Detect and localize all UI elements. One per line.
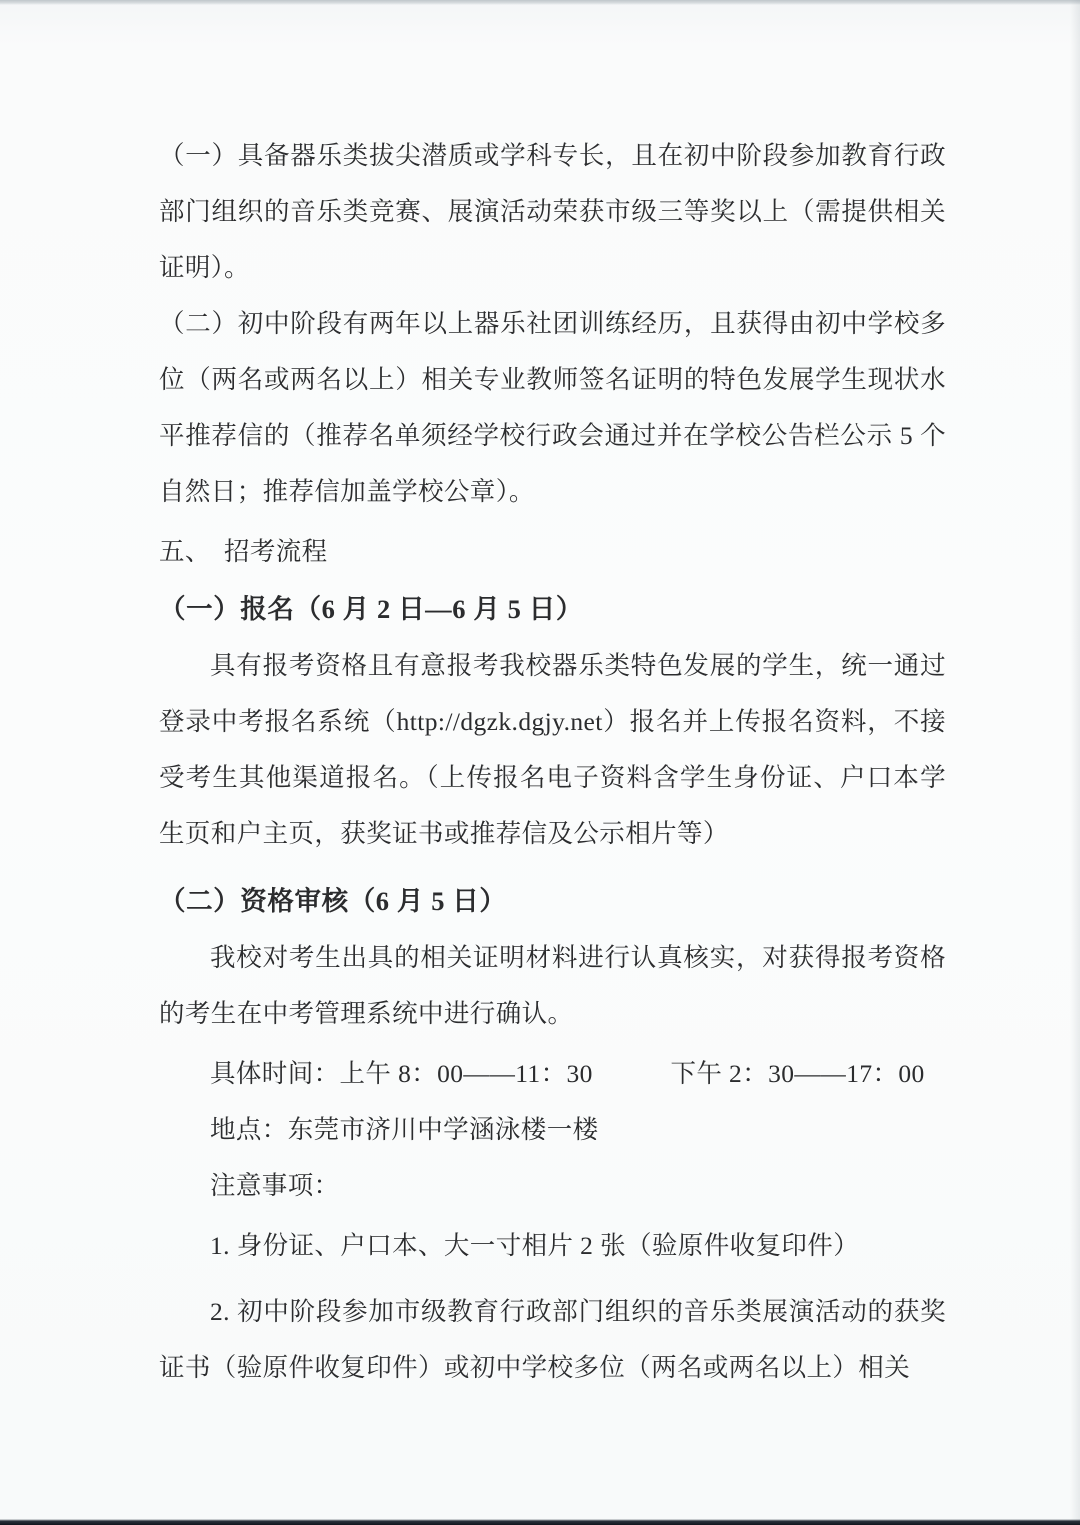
review-location-line: 地点：东莞市济川中学涵泳楼一楼 bbox=[159, 1102, 946, 1158]
scanned-document-page: （一）具备器乐类拔尖潜质或学科专长，且在初中阶段参加教育行政部门组织的音乐类竞赛… bbox=[0, 0, 1080, 1525]
eligibility-clause-1: （一）具备器乐类拔尖潜质或学科专长，且在初中阶段参加教育行政部门组织的音乐类竞赛… bbox=[159, 128, 946, 296]
scan-top-edge bbox=[0, 0, 1080, 5]
scan-right-edge-shadow bbox=[1070, 0, 1080, 1525]
notes-label: 注意事项： bbox=[159, 1158, 946, 1214]
scan-bottom-edge bbox=[0, 1519, 1080, 1525]
section-heading-recruitment-process: 五、 招考流程 bbox=[159, 524, 946, 580]
note-item-1: 1. 身份证、户口本、大一寸相片 2 张（验原件收复印件） bbox=[159, 1218, 946, 1274]
eligibility-clause-2: （二）初中阶段有两年以上器乐社团训练经历，且获得由初中学校多位（两名或两名以上）… bbox=[159, 296, 946, 520]
note-item-2: 2. 初中阶段参加市级教育行政部门组织的音乐类展演活动的获奖证书（验原件收复印件… bbox=[159, 1284, 946, 1396]
document-text-area: （一）具备器乐类拔尖潜质或学科专长，且在初中阶段参加教育行政部门组织的音乐类竞赛… bbox=[159, 128, 946, 1396]
sub-heading-registration: （一）报名（6 月 2 日—6 月 5 日） bbox=[159, 580, 946, 638]
review-time-line: 具体时间：上午 8：00——11：30 下午 2：30——17：00 bbox=[159, 1046, 946, 1102]
sub-heading-qualification-review: （二）资格审核（6 月 5 日） bbox=[159, 872, 946, 930]
qualification-review-paragraph: 我校对考生出具的相关证明材料进行认真核实，对获得报考资格的考生在中考管理系统中进… bbox=[159, 930, 946, 1042]
registration-paragraph: 具有报考资格且有意报考我校器乐类特色发展的学生，统一通过登录中考报名系统（htt… bbox=[159, 638, 946, 862]
